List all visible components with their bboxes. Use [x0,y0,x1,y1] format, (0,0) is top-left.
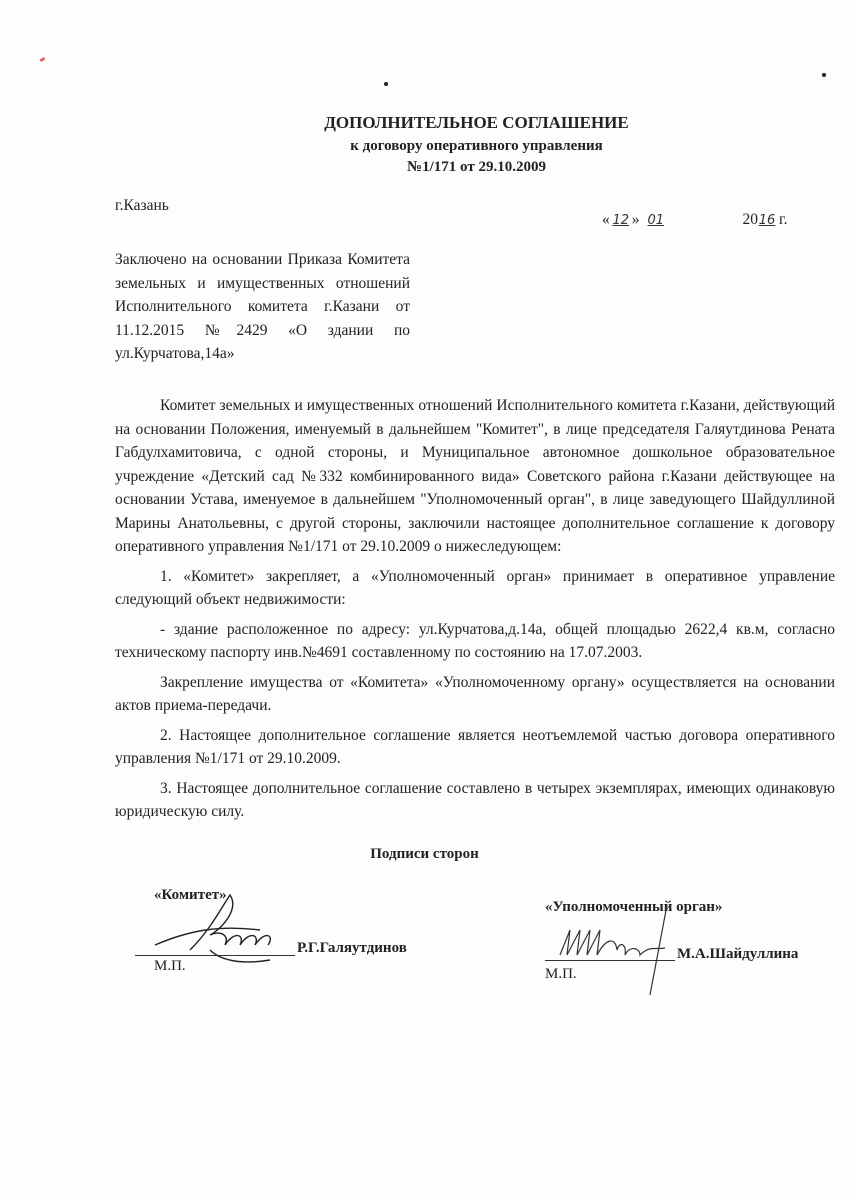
date-month: 01 [640,213,743,228]
right-signature-icon [555,900,685,1000]
clause-1: 1. «Комитет» закрепляет, а «Уполномоченн… [115,565,835,612]
city: г.Казань [115,197,169,215]
date-day: 12 [610,213,632,228]
preamble-paragraph: Комитет земельных и имущественных отноше… [115,394,835,559]
left-signature-icon [150,890,290,970]
document-subtitle: к договору оперативного управления [52,138,849,155]
scan-mark [384,82,388,86]
document-date: «12»012016г. [602,211,787,229]
scan-mark [822,73,826,77]
document-title: ДОПОЛНИТЕЛЬНОЕ СОГЛАШЕНИЕ [52,113,849,133]
clause-3: 3. Настоящее дополнительное соглашение с… [115,777,835,824]
transfer-paragraph: Закрепление имущества от «Комитета» «Упо… [115,671,835,718]
date-quote: « [602,211,610,228]
left-signer-name: Р.Г.Галяутдинов [297,940,407,957]
date-quote: » [632,211,640,228]
clause-2: 2. Настоящее дополнительное соглашение я… [115,724,835,771]
date-year-suffix: 16 [758,213,776,228]
signatures-heading: Подписи сторон [0,846,849,863]
agreement-body: Комитет земельных и имущественных отноше… [115,394,835,824]
right-signer-name: М.А.Шайдуллина [677,946,798,963]
property-description: - здание расположенное по адресу: ул.Кур… [115,618,835,665]
date-year-tail: г. [779,211,787,228]
contract-reference: №1/171 от 29.10.2009 [52,159,849,176]
date-year-prefix: 20 [743,211,759,228]
scan-mark [40,57,46,62]
basis-note: Заключено на основании Приказа Комитета … [115,248,410,366]
